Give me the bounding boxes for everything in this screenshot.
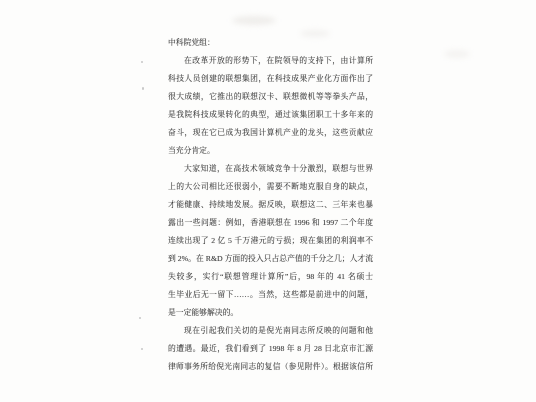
scan-speck — [142, 87, 144, 90]
text-line: 生毕业后无一留下……。当然，这些都是前进中的问题， — [168, 286, 373, 304]
text-line: 奋斗，现在它已成为我国计算机产业的龙头，这些贡献应 — [168, 124, 373, 142]
text-line: 失较多，实行“联想管理计算所”后，98 年的 41 名硕士 — [168, 268, 373, 286]
scan-speck — [141, 348, 143, 350]
scan-smudge — [232, 16, 276, 25]
text-line: 是我院科技成果转化的典型，通过该集团职工十多年来的 — [168, 106, 373, 124]
scanned-page: 中科院党组：在改革开放的形势下，在院领导的支持下，由计算所科技人员创建的联想集团… — [0, 0, 536, 402]
text-line: 科技人员创建的联想集团，在科技成果产业化方面作出了 — [168, 70, 373, 88]
text-line: 在改革开放的形势下，在院领导的支持下，由计算所 — [168, 52, 373, 70]
text-line: 到 2%。在 R&D 方面的投入只占总产值的千分之几；人才流 — [168, 250, 373, 268]
text-line: 当充分肯定。 — [168, 142, 373, 160]
scan-speck — [141, 61, 143, 63]
letter-body: 中科院党组：在改革开放的形势下，在院领导的支持下，由计算所科技人员创建的联想集团… — [168, 34, 373, 376]
text-line: 的遭遇。最近，我们看到了 1998 年 8 月 28 日北京市汇源 — [168, 340, 373, 358]
scan-smudge — [444, 50, 470, 58]
text-line: 很大成绩，它推出的联想汉卡、联想微机等等拳头产品， — [168, 88, 373, 106]
text-line: 律师事务所给倪光南同志的复信（参见附件）。根据该信所 — [168, 358, 373, 376]
text-line: 现在引起我们关切的是倪光南同志所反映的问题和他 — [168, 322, 373, 340]
scan-speck — [139, 317, 141, 319]
text-line: 才能健康、持续地发展。据反映，联想这二、三年来也暴 — [168, 196, 373, 214]
text-line: 中科院党组： — [168, 34, 373, 52]
text-line: 露出一些问题：例如，香港联想在 1996 和 1997 二个年度 — [168, 214, 373, 232]
text-line: 连续出现了 2 亿 5 千万港元的亏损；现在集团的利润率不 — [168, 232, 373, 250]
text-line: 大家知道，在高技术领域竞争十分激烈，联想与世界 — [168, 160, 373, 178]
text-line: 是一定能够解决的。 — [168, 304, 373, 322]
text-line: 上的大公司相比还很弱小，需要不断地克服自身的缺点， — [168, 178, 373, 196]
